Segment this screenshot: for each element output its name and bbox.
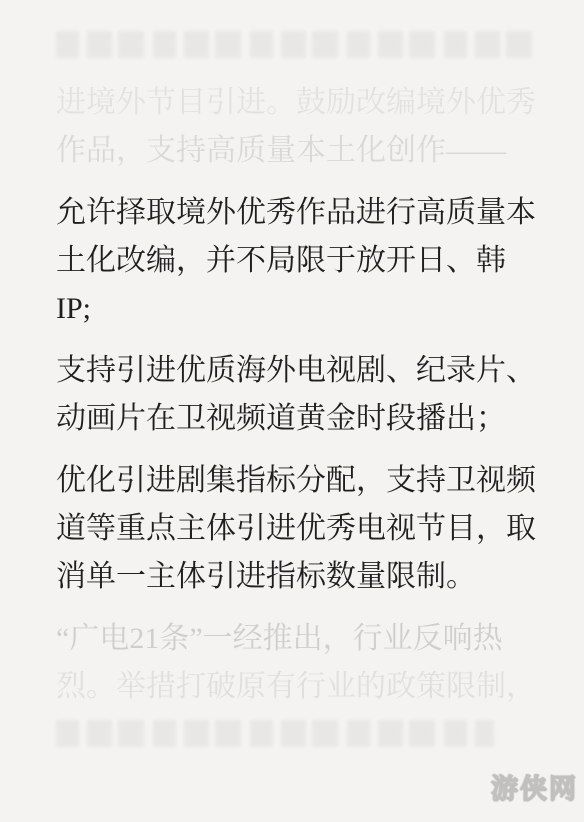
text-line: 消单一主体引进指标数量限制。 bbox=[56, 553, 536, 601]
faded-text-smudge bbox=[56, 720, 494, 747]
illegible-faded-line-bottom bbox=[56, 720, 536, 768]
text-line: 动画片在卫视频道黄金时段播出； bbox=[56, 395, 536, 443]
illegible-faded-line-top bbox=[56, 31, 536, 79]
article-page: 进境外节目引进。鼓励改编境外优秀 作品，支持高质量本土化创作—— 允许择取境外优… bbox=[0, 0, 584, 822]
text-line: 烈。举措打破原有行业的政策限制， bbox=[56, 663, 536, 711]
text-line: 进境外节目引进。鼓励改编境外优秀 bbox=[56, 79, 536, 127]
text-line: 土化改编，并不局限于放开日、韩 bbox=[56, 237, 536, 285]
text-line: 优化引进剧集指标分配，支持卫视频 bbox=[56, 457, 536, 505]
text-line: IP; bbox=[56, 285, 536, 333]
watermark-youxia: 游侠网 bbox=[491, 765, 578, 813]
text-line: 支持引进优质海外电视剧、纪录片、 bbox=[56, 347, 536, 395]
text-line: “广电21条”一经推出，行业反响热 bbox=[56, 615, 536, 663]
paragraph-faded-context-top: 进境外节目引进。鼓励改编境外优秀 作品，支持高质量本土化创作—— bbox=[56, 79, 536, 175]
paragraph-faded-context-bottom: “广电21条”一经推出，行业反响热 烈。举措打破原有行业的政策限制， bbox=[56, 615, 536, 768]
paragraph-quota: 优化引进剧集指标分配，支持卫视频 道等重点主体引进优秀电视节目，取 消单一主体引… bbox=[56, 457, 536, 601]
paragraph-import-broadcast: 支持引进优质海外电视剧、纪录片、 动画片在卫视频道黄金时段播出； bbox=[56, 347, 536, 443]
faded-text-smudge bbox=[56, 31, 536, 58]
text-line: 道等重点主体引进优秀电视节目，取 bbox=[56, 505, 536, 553]
text-line: 允许择取境外优秀作品进行高质量本 bbox=[56, 189, 536, 237]
text-line: 作品，支持高质量本土化创作—— bbox=[56, 127, 536, 175]
paragraph-localization: 允许择取境外优秀作品进行高质量本 土化改编，并不局限于放开日、韩 IP; bbox=[56, 189, 536, 333]
